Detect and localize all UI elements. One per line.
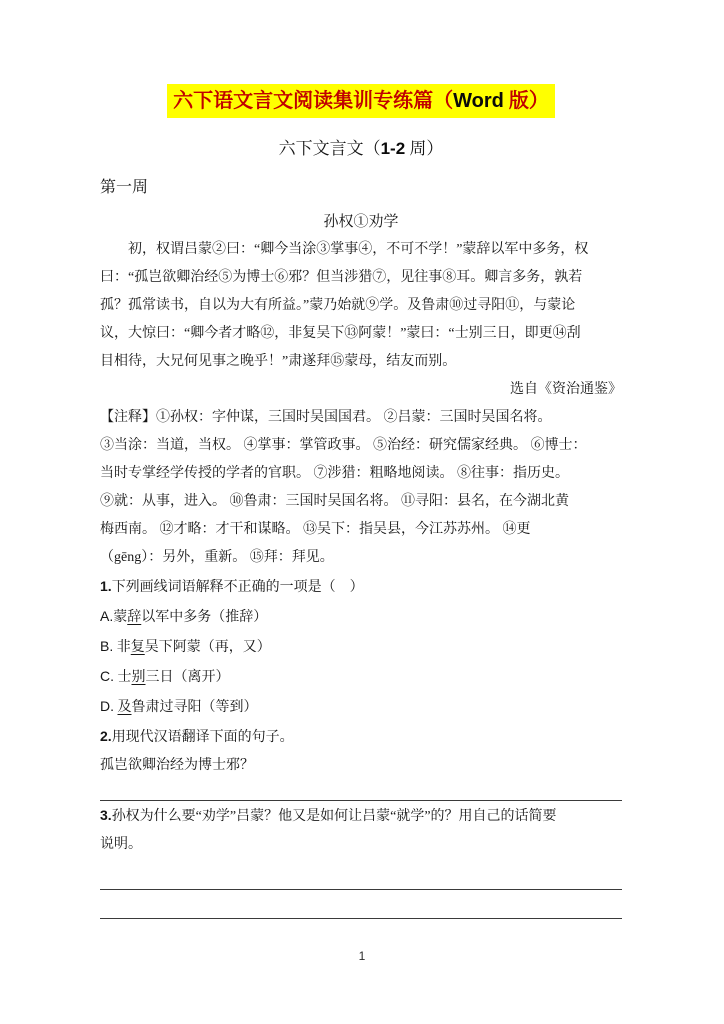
- question-2-text: 用现代汉语翻译下面的句子。: [112, 730, 294, 745]
- title-word-label: Word: [453, 90, 504, 112]
- question-3-text: 孙权为什么要“劝学”吕蒙？他又是如何让吕蒙“就学”的？用自己的话简要 说明。: [100, 809, 557, 852]
- option-b-pre: 非: [113, 640, 131, 655]
- title-text-post: 版）: [504, 90, 549, 112]
- answer-line: [100, 890, 622, 919]
- question-2-number: 2.: [100, 728, 112, 744]
- question-1-number: 1.: [100, 578, 112, 594]
- week-heading: 第一周: [100, 176, 622, 200]
- option-d: D. 及鲁肃过寻阳（等到）: [100, 692, 622, 722]
- option-a-post: 以军中多务（推辞）: [141, 610, 267, 625]
- option-c-post: 三日（离开）: [146, 670, 230, 685]
- option-b: B. 非复吴下阿蒙（再，又）: [100, 632, 622, 662]
- option-b-post: 吴下阿蒙（再，又）: [145, 640, 271, 655]
- passage-text: 初，权谓吕蒙②曰：“卿今当涂③掌事④，不可不学！”蒙辞以军中多务，权 曰：“孤岂…: [100, 236, 622, 376]
- question-1-text: 下列画线词语解释不正确的一项是（ ）: [112, 580, 364, 595]
- option-c-underlined-word: 别: [132, 670, 146, 685]
- option-a-label: A.: [100, 608, 113, 624]
- subtitle-pre: 六下文言文（: [279, 139, 381, 158]
- answer-line: [100, 780, 622, 801]
- option-d-underlined-word: 及: [118, 700, 132, 715]
- document-page: 六下语文言文阅读集训专练篇（Word 版） 六下文言文（1-2 周） 第一周 孙…: [0, 0, 724, 1024]
- option-d-label: D.: [100, 698, 114, 714]
- question-2-sentence: 孤岂欲卿治经为博士邪？: [100, 752, 622, 780]
- document-subtitle: 六下文言文（1-2 周）: [100, 136, 622, 162]
- title-text-pre: 六下语文言文阅读集训专练篇（: [173, 90, 453, 112]
- question-2-stem: 2.用现代汉语翻译下面的句子。: [100, 722, 622, 752]
- option-c-label: C.: [100, 668, 114, 684]
- passage-notes: 【注释】①孙权：字仲谋，三国时吴国国君。 ②吕蒙：三国时吴国名将。 ③当涂：当道…: [100, 404, 622, 572]
- title-highlight: 六下语文言文阅读集训专练篇（Word 版）: [167, 84, 555, 118]
- option-b-label: B.: [100, 638, 113, 654]
- option-c: C. 士别三日（离开）: [100, 662, 622, 692]
- page-number: 1: [0, 950, 724, 962]
- option-c-pre: 士: [114, 670, 132, 685]
- question-1-stem: 1.下列画线词语解释不正确的一项是（ ）: [100, 572, 622, 602]
- option-b-underlined-word: 复: [131, 640, 145, 655]
- option-d-post: 鲁肃过寻阳（等到）: [132, 700, 258, 715]
- option-a: A.蒙辞以军中多务（推辞）: [100, 602, 622, 632]
- question-3-stem: 3.孙权为什么要“劝学”吕蒙？他又是如何让吕蒙“就学”的？用自己的话简要 说明。: [100, 801, 622, 859]
- answer-line: [100, 859, 622, 890]
- subtitle-post: 周）: [405, 139, 443, 158]
- option-a-pre: 蒙: [113, 610, 127, 625]
- document-title: 六下语文言文阅读集训专练篇（Word 版）: [100, 84, 622, 118]
- question-3-number: 3.: [100, 807, 112, 823]
- option-a-underlined-word: 辞: [127, 610, 141, 625]
- subtitle-week-range: 1-2: [381, 139, 406, 158]
- passage-source: 选自《资治通鉴》: [100, 376, 622, 404]
- passage-title: 孙权①劝学: [100, 210, 622, 234]
